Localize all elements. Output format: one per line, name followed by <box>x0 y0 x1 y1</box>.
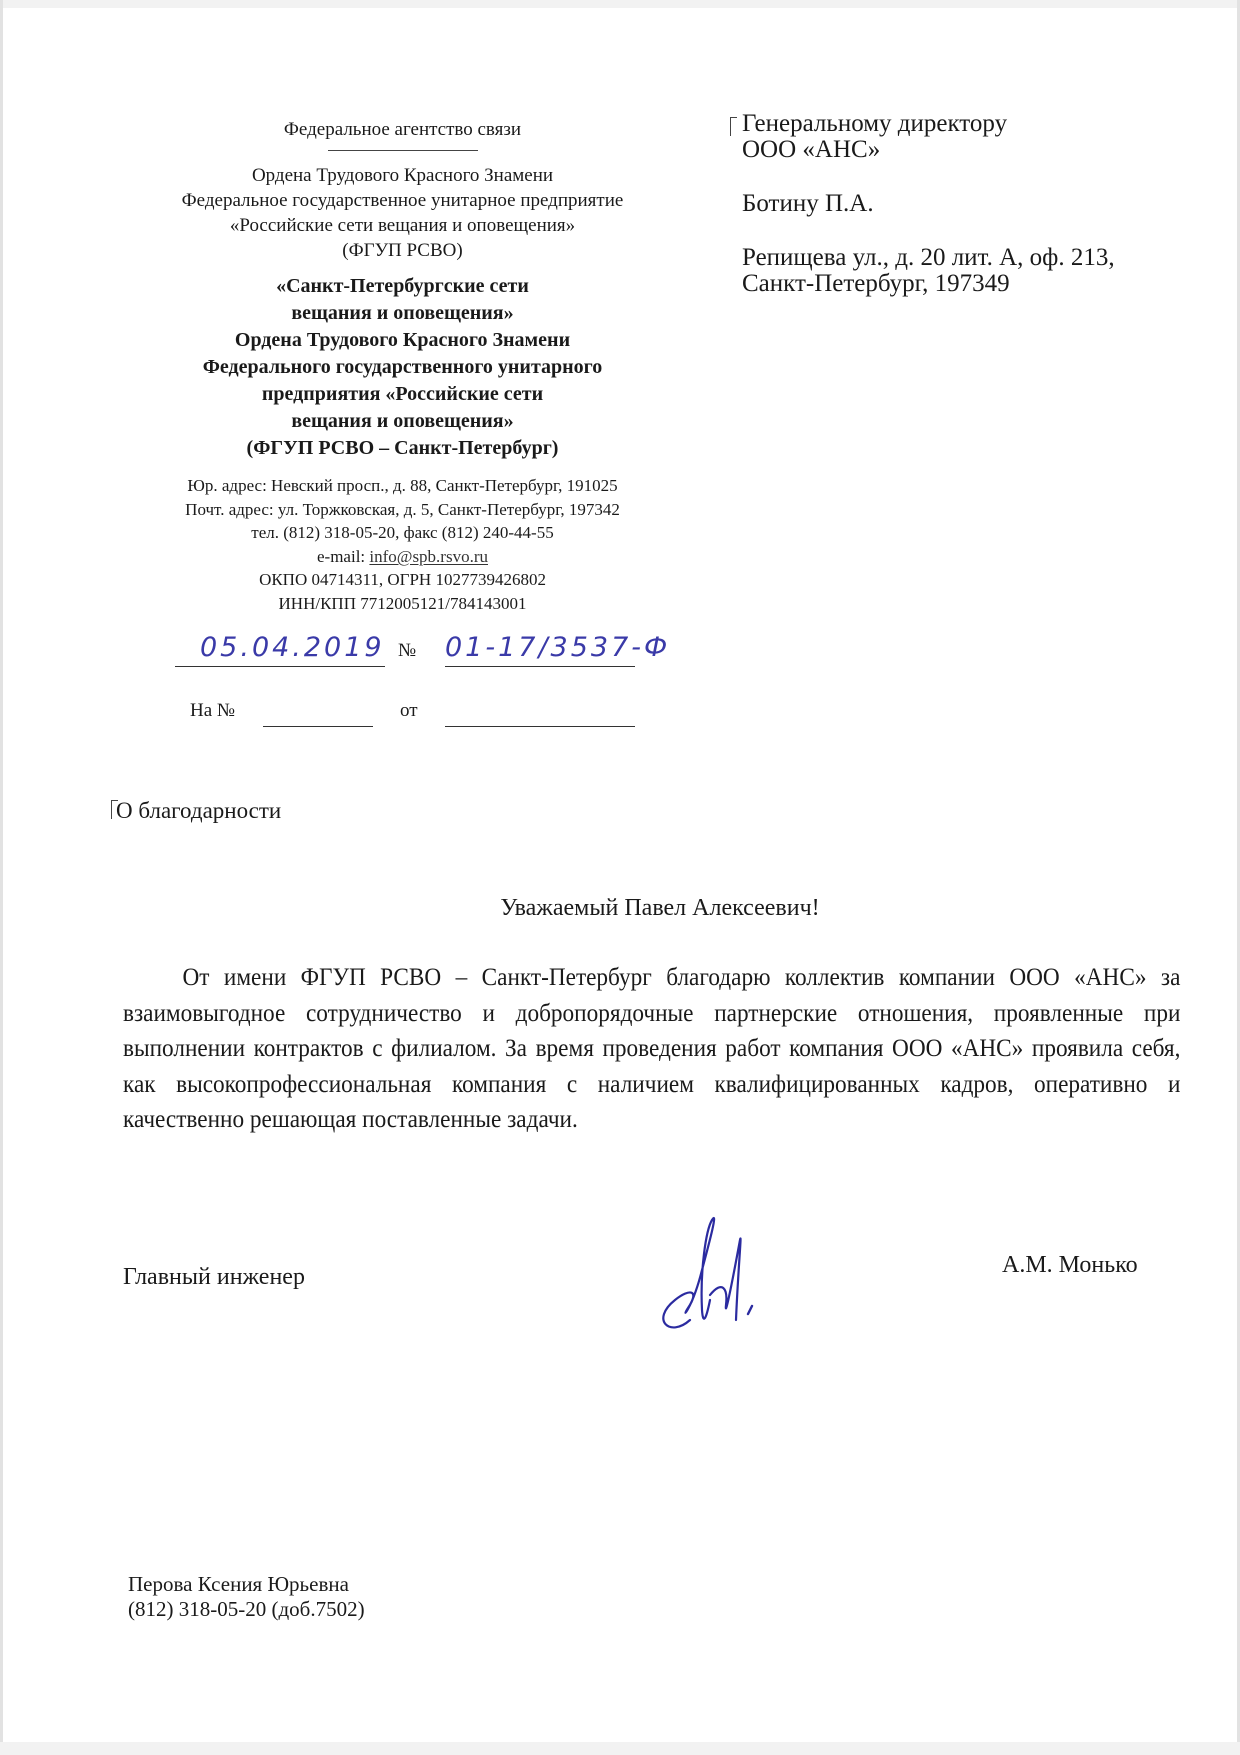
body-paragraph: От имени ФГУП РСВО – Санкт-Петербург бла… <box>123 960 1180 1138</box>
signatory-name: А.М. Монько <box>1002 1252 1138 1279</box>
reference-from-label: от <box>400 700 418 722</box>
org-line: (ФГУП РСВО) <box>120 238 685 263</box>
branch-organization: «Санкт-Петербургские сети вещания и опов… <box>120 273 685 462</box>
letterhead: Федеральное агентство связи Ордена Трудо… <box>120 118 685 615</box>
executor-phone: (812) 318-05-20 (доб.7502) <box>128 1597 365 1622</box>
executor-block: Перова Ксения Юрьевна (812) 318-05-20 (д… <box>128 1572 365 1622</box>
branch-line: Федерального государственного унитарного <box>120 354 685 381</box>
branch-line: вещания и оповещения» <box>120 300 685 327</box>
outgoing-number: 01-17/3537-Ф <box>445 632 670 663</box>
registration-line: 05.04.2019 № 01-17/3537-Ф <box>175 632 695 672</box>
executor-name: Перова Ксения Юрьевна <box>128 1572 365 1597</box>
branch-line: (ФГУП РСВО – Санкт-Петербург) <box>120 435 685 462</box>
org-line: Федеральное государственное унитарное пр… <box>120 188 685 213</box>
branch-line: Ордена Трудового Красного Знамени <box>120 327 685 354</box>
recipient-block: Генеральному директору ООО «АНС» Ботину … <box>742 111 1202 297</box>
number-sign: № <box>398 640 416 662</box>
handwritten-signature-icon <box>630 1210 800 1340</box>
reference-date-blank <box>445 726 635 727</box>
branch-line: предприятия «Российские сети <box>120 381 685 408</box>
recipient-address-line1: Репищева ул., д. 20 лит. А, оф. 213, <box>742 245 1202 271</box>
outgoing-date: 05.04.2019 <box>200 632 385 663</box>
greeting: Уважаемый Павел Алексеевич! <box>0 895 1240 922</box>
parent-organization: Ордена Трудового Красного Знамени Федера… <box>120 163 685 263</box>
org-line: «Российские сети вещания и оповещения» <box>120 213 685 238</box>
scan-border-top <box>0 0 1240 8</box>
scan-border-bottom <box>0 1742 1240 1755</box>
recipient-company: ООО «АНС» <box>742 137 1202 163</box>
reference-line: На № от <box>190 700 650 730</box>
branch-line: «Санкт-Петербургские сети <box>120 273 685 300</box>
signatory-title: Главный инженер <box>123 1264 305 1291</box>
reference-number-label: На № <box>190 700 235 722</box>
date-underline <box>175 666 385 667</box>
phone-fax: тел. (812) 318-05-20, факс (812) 240-44-… <box>120 521 685 545</box>
recipient-position: Генеральному директору <box>742 111 1202 137</box>
postal-address: Почт. адрес: ул. Торжковская, д. 5, Санк… <box>120 498 685 522</box>
email-label: e-mail: <box>317 547 369 566</box>
number-underline <box>445 666 635 667</box>
reference-number-blank <box>263 726 373 727</box>
legal-address: Юр. адрес: Невский просп., д. 88, Санкт-… <box>120 474 685 498</box>
letter-body: От имени ФГУП РСВО – Санкт-Петербург бла… <box>123 960 1180 1138</box>
email-row: e-mail: info@spb.rsvo.ru <box>120 545 685 569</box>
recipient-corner-mark <box>730 117 737 136</box>
subject-line: О благодарности <box>116 798 281 824</box>
contact-details: Юр. адрес: Невский просп., д. 88, Санкт-… <box>120 474 685 615</box>
inn-kpp: ИНН/КПП 7712005121/784143001 <box>120 592 685 616</box>
branch-line: вещания и оповещения» <box>120 408 685 435</box>
okpo-ogrn: ОКПО 04714311, ОГРН 1027739426802 <box>120 568 685 592</box>
recipient-name: Ботину П.А. <box>742 191 1202 217</box>
recipient-address-line2: Санкт-Петербург, 197349 <box>742 271 1202 297</box>
org-line: Ордена Трудового Красного Знамени <box>120 163 685 188</box>
agency-name: Федеральное агентство связи <box>120 118 685 142</box>
scan-border-left <box>0 0 3 1755</box>
email-link[interactable]: info@spb.rsvo.ru <box>369 547 488 566</box>
letterhead-divider <box>328 150 478 151</box>
